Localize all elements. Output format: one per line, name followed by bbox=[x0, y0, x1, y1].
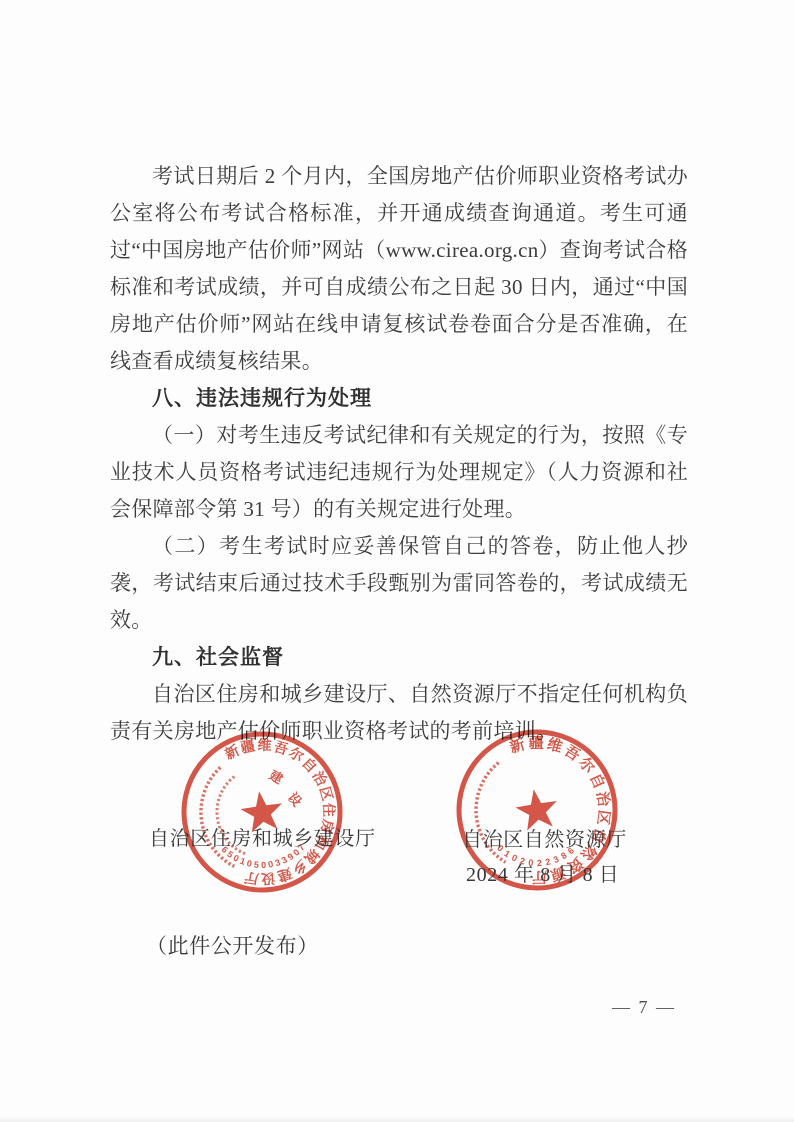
signature-date: 2024 年 8 月 8 日 bbox=[466, 858, 619, 887]
uyghur-script-arc-outer bbox=[195, 767, 235, 870]
signature-right-org: 自治区自然资源厅 bbox=[462, 823, 627, 852]
paragraph-supervision: 自治区住房和城乡建设厅、自然资源厅不指定任何机构负责有关房地产估价师职业资格考试… bbox=[110, 676, 688, 750]
page-number: — 7 — bbox=[612, 997, 676, 1018]
heading-violations: 八、违法违规行为处理 bbox=[110, 380, 688, 417]
seal-ring-textpath: 新疆维吾尔自治区住房和城乡建设厅 bbox=[221, 727, 347, 891]
seal-inner-char-2: 设 bbox=[285, 790, 305, 810]
paragraph-results: 考试日期后 2 个月内，全国房地产估价师职业资格考试办公室将公布考试合格标准，并… bbox=[110, 158, 688, 380]
document-page: 考试日期后 2 个月内，全国房地产估价师职业资格考试办公室将公布考试合格标准，并… bbox=[0, 0, 794, 1122]
document-body: 考试日期后 2 个月内，全国房地产估价师职业资格考试办公室将公布考试合格标准，并… bbox=[110, 158, 688, 750]
publish-note: （此件公开发布） bbox=[146, 930, 319, 960]
seal-border bbox=[174, 724, 350, 900]
signature-left-org: 自治区住房和城乡建设厅 bbox=[149, 822, 376, 851]
paragraph-violation-2: （二）考生考试时应妥善保管自己的答卷，防止他人抄袭，考试结束后通过技术手段甄别为… bbox=[110, 528, 688, 639]
heading-supervision: 九、社会监督 bbox=[110, 639, 688, 676]
seal-ring-text: 新疆维吾尔自治区住房和城乡建设厅 bbox=[221, 727, 347, 891]
paragraph-violation-1: （一）对考生违反考试纪律和有关规定的行为，按照《专业技术人员资格考试违纪违规行为… bbox=[110, 417, 688, 528]
seal-inner-char-1: 建 bbox=[266, 767, 286, 787]
